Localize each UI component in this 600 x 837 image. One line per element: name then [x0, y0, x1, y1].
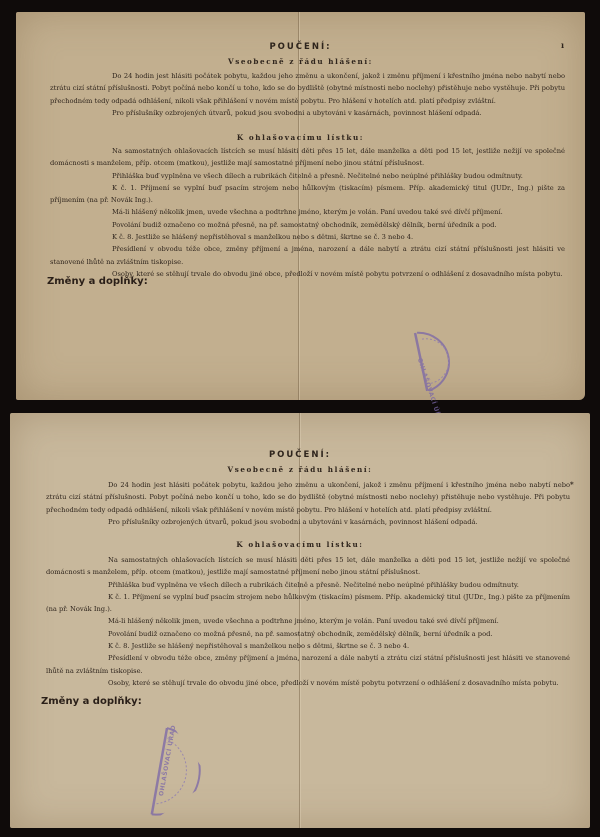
changes-heading: Změny a doplňky:	[41, 696, 142, 707]
instructions-header: POUČENÍ: Vseobecně z řádu hlášení:	[10, 450, 590, 474]
general-rules-text: Do 24 hodin jest hlásiti počátek pobytu,…	[50, 70, 565, 119]
form-sheet-bottom: * POUČENÍ: Vseobecně z řádu hlášení: Do …	[10, 413, 590, 828]
section-text: Na samostatných ohlašovacích lístcích se…	[46, 554, 570, 689]
page-title: POUČENÍ:	[10, 450, 590, 460]
section-paragraph: Povolání budiž označeno co možná přesně,…	[46, 628, 570, 640]
general-paragraph: Pro příslušníky ozbrojených útvarů, poku…	[50, 107, 565, 119]
section-paragraph: Povolání budiž označeno co možná přesně,…	[50, 219, 565, 231]
section-heading: K ohlašovacímu lístku:	[10, 540, 590, 549]
section-paragraph: Osoby, které se stěhují trvale do obvodu…	[46, 677, 570, 689]
general-rules-heading: Vseobecně z řádu hlášení:	[16, 57, 585, 66]
official-stamp-icon: OHLAŠOVACÍ ÚŘAD	[409, 322, 484, 397]
instructions-header: POUČENÍ: Vseobecně z řádu hlášení:	[16, 42, 585, 66]
section-text: Na samostatných ohlašovacích lístcích se…	[50, 145, 565, 280]
official-stamp-icon: OHLAŠOVACÍ ÚŘAD	[105, 718, 211, 824]
section-paragraph: Přesídlení v obvodu téže obce, změny pří…	[46, 652, 570, 677]
section-paragraph: K č. 8. Jestliže se hlášený nepřistěhova…	[50, 231, 565, 243]
section-paragraph: Přihláška buď vyplněna ve všech dílech a…	[50, 170, 565, 182]
general-rules-text: Do 24 hodin jest hlásiti počátek pobytu,…	[46, 479, 570, 528]
general-paragraph: Do 24 hodin jest hlásiti počátek pobytu,…	[46, 479, 570, 516]
section-paragraph: Přihláška buď vyplněna ve všech dílech a…	[46, 579, 570, 591]
section-paragraph: Přesídlení v obvodu téže obce, změny pří…	[50, 243, 565, 268]
section-paragraph: K č. 1. Příjmení se vyplní buď psacím st…	[46, 591, 570, 616]
section-paragraph: Na samostatných ohlašovacích lístcích se…	[50, 145, 565, 170]
section-paragraph: K č. 8. Jestliže se hlášený nepřistěhova…	[46, 640, 570, 652]
margin-mark: *	[570, 480, 574, 489]
section-paragraph: Má-li hlášený několik jmen, uvede všechn…	[46, 615, 570, 627]
section-paragraph: Na samostatných ohlašovacích lístcích se…	[46, 554, 570, 579]
changes-heading: Změny a doplňky:	[47, 276, 148, 287]
section-paragraph: K č. 1. Příjmení se vyplní buď psacím st…	[50, 182, 565, 207]
general-rules-heading: Vseobecně z řádu hlášení:	[10, 465, 590, 474]
general-paragraph: Pro příslušníky ozbrojených útvarů, poku…	[46, 516, 570, 528]
general-paragraph: Do 24 hodin jest hlásiti počátek pobytu,…	[50, 70, 565, 107]
section-paragraph: Má-li hlášený několik jmen, uvede všechn…	[50, 206, 565, 218]
form-sheet-top: ı POUČENÍ: Vseobecně z řádu hlášení: Do …	[16, 12, 585, 400]
page-title: POUČENÍ:	[16, 42, 585, 52]
section-heading: K ohlašovacímu lístku:	[16, 133, 585, 142]
